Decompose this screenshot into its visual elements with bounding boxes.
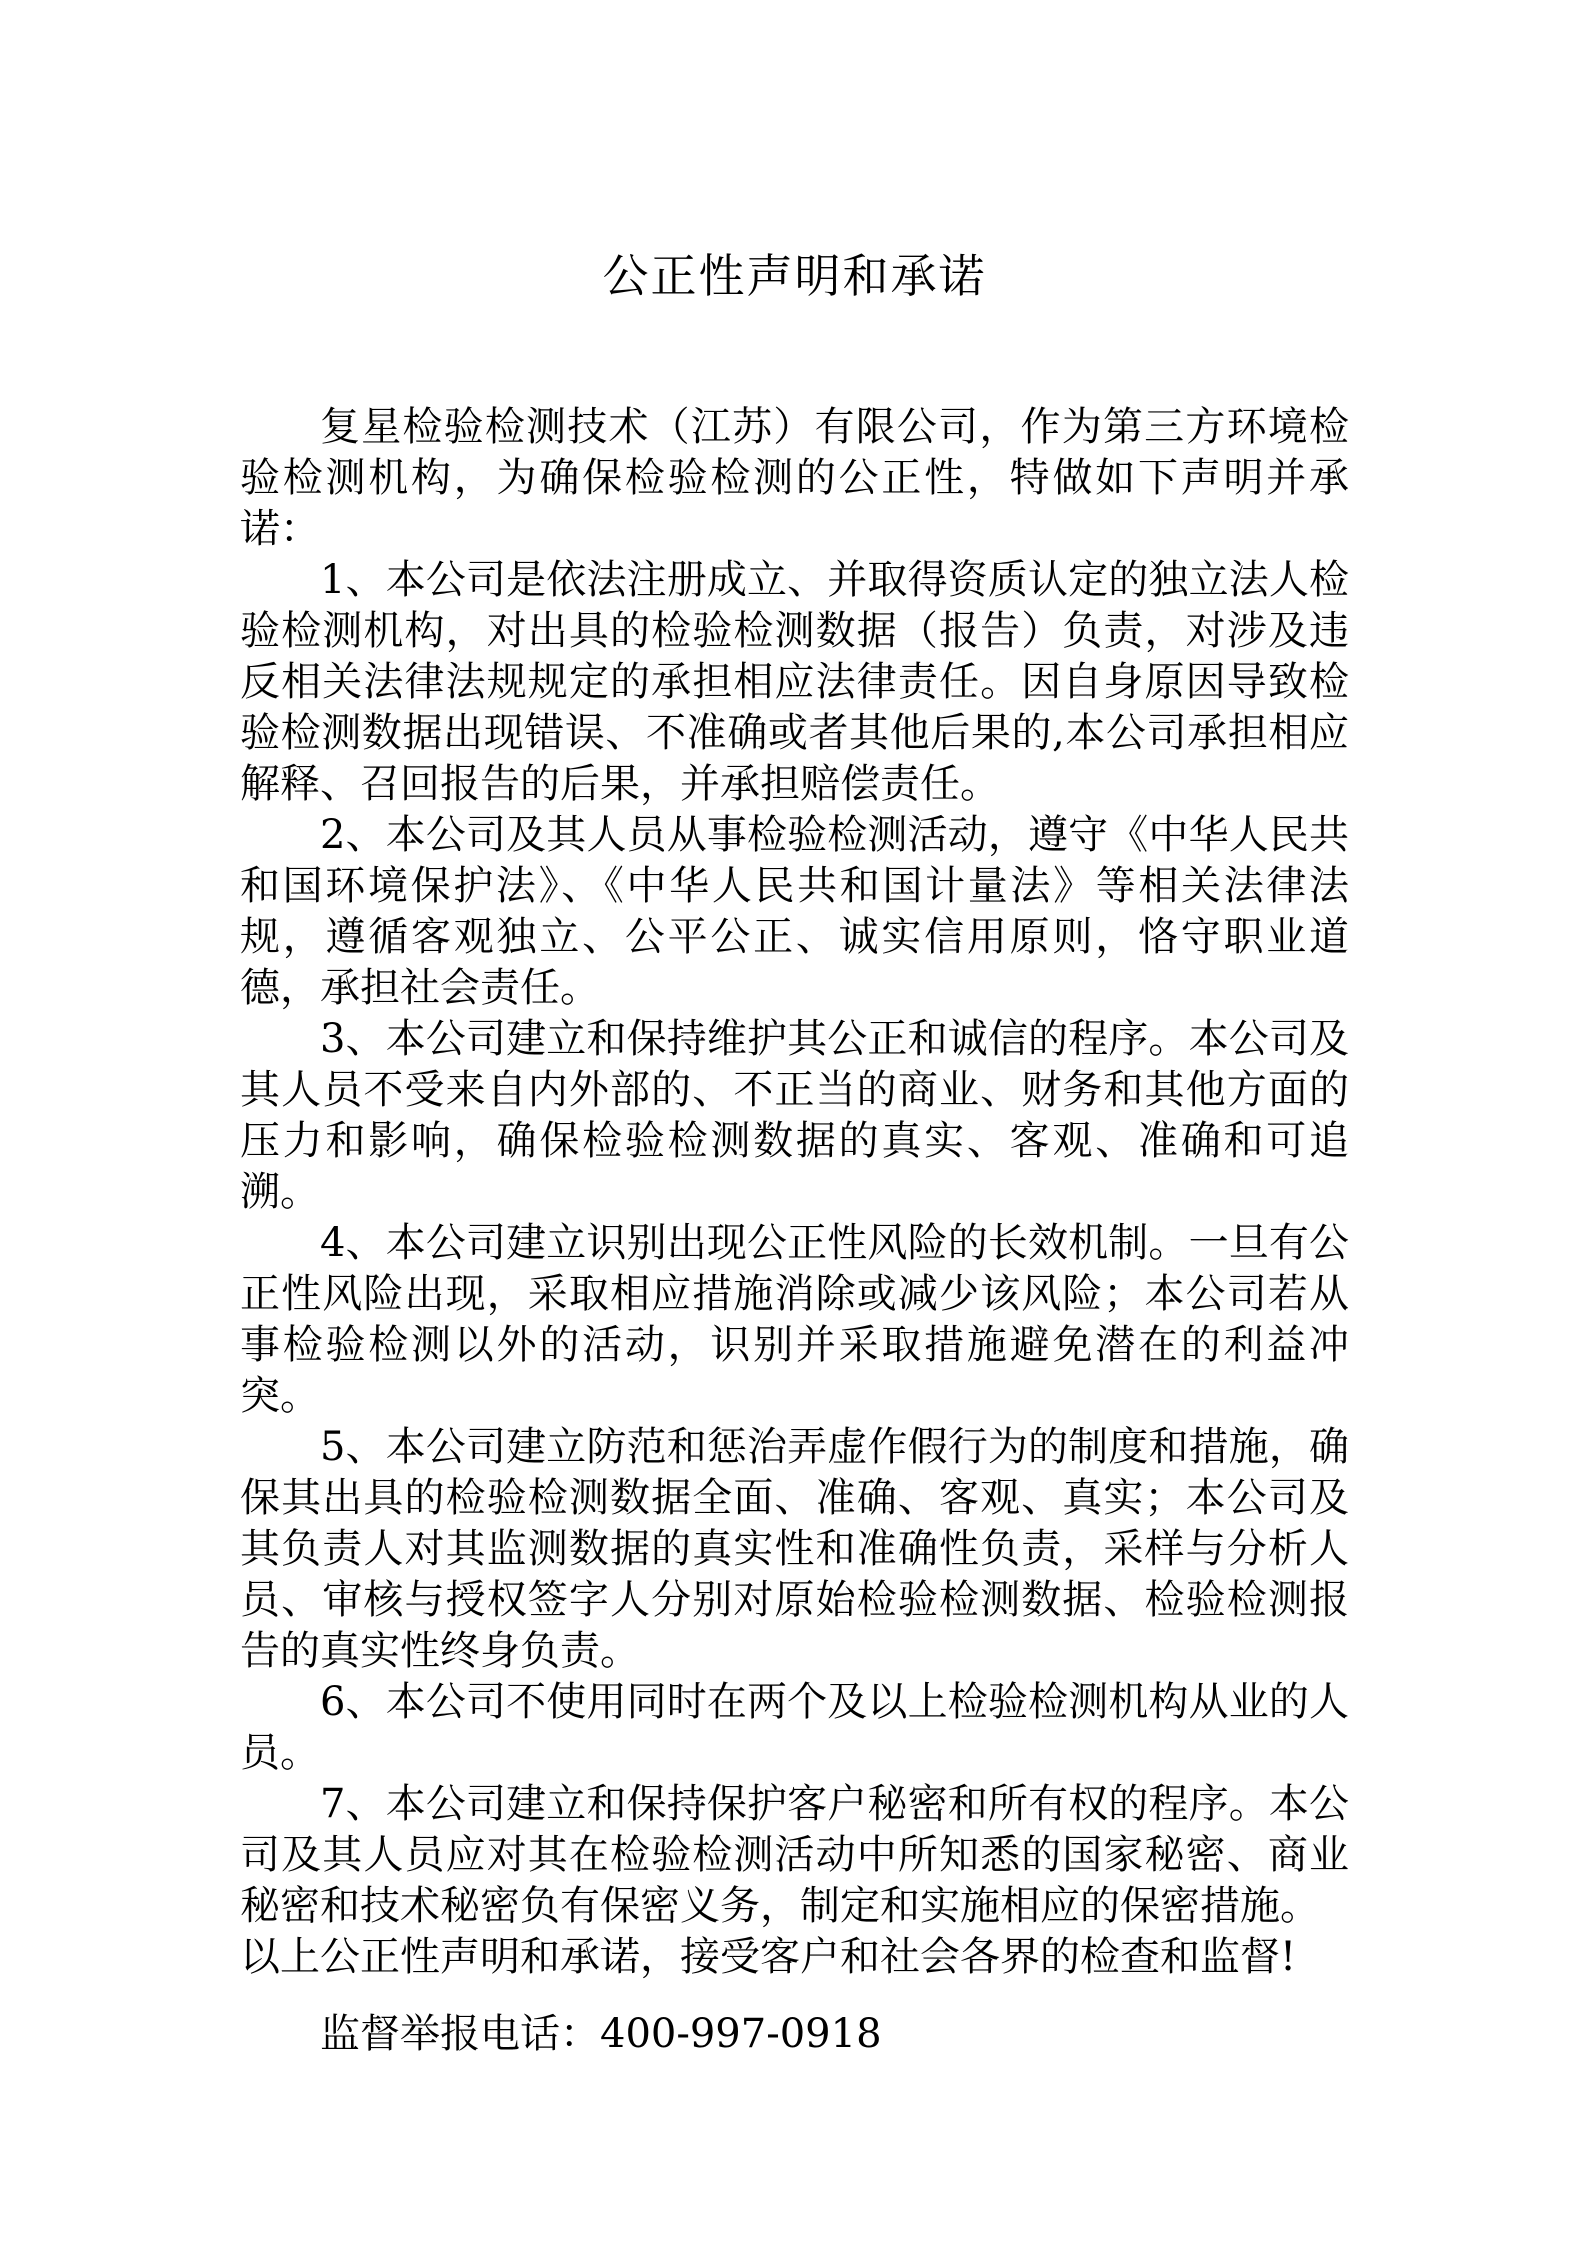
paragraph-item-5: 5、本公司建立防范和惩治弄虚作假行为的制度和措施，确保其出具的检验检测数据全面、… [240, 1422, 1349, 1677]
supervision-hotline: 监督举报电话：400-997-0918 [240, 2009, 1349, 2060]
page-title: 公正性声明和承诺 [240, 246, 1349, 306]
paragraph-item-6: 6、本公司不使用同时在两个及以上检验检测机构从业的人员。 [240, 1677, 1349, 1779]
document-content: 公正性声明和承诺 复星检验检测技术（江苏）有限公司，作为第三方环境检验检测机构，… [0, 0, 1587, 2060]
document-page: 公正性声明和承诺 复星检验检测技术（江苏）有限公司，作为第三方环境检验检测机构，… [0, 0, 1587, 2245]
document-body: 复星检验检测技术（江苏）有限公司，作为第三方环境检验检测机构，为确保检验检测的公… [240, 402, 1349, 2060]
paragraph-item-2: 2、本公司及其人员从事检验检测活动，遵守《中华人民共和国环境保护法》、《中华人民… [240, 810, 1349, 1014]
paragraph-item-3: 3、本公司建立和保持维护其公正和诚信的程序。本公司及其人员不受来自内外部的、不正… [240, 1014, 1349, 1218]
paragraph-item-4: 4、本公司建立识别出现公正性风险的长效机制。一旦有公正性风险出现，采取相应措施消… [240, 1218, 1349, 1422]
closing-statement: 以上公正性声明和承诺，接受客户和社会各界的检查和监督! [240, 1932, 1349, 1983]
paragraph-item-7: 7、本公司建立和保持保护客户秘密和所有权的程序。本公司及其人员应对其在检验检测活… [240, 1779, 1349, 1932]
intro-paragraph: 复星检验检测技术（江苏）有限公司，作为第三方环境检验检测机构，为确保检验检测的公… [240, 402, 1349, 555]
paragraph-item-1: 1、本公司是依法注册成立、并取得资质认定的独立法人检验检测机构，对出具的检验检测… [240, 555, 1349, 810]
